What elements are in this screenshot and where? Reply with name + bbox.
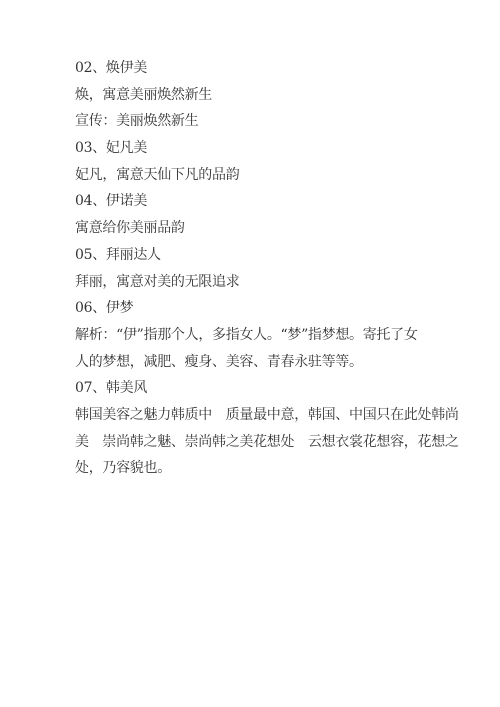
document-page: 02、焕伊美 焕，寓意美丽焕然新生 宣传：美丽焕然新生 03、妃凡美 妃凡，寓意… bbox=[0, 0, 500, 707]
text-line-brand-03-meaning: 妃凡，寓意天仙下凡的品韵 bbox=[75, 162, 430, 189]
text-line-brand-06-analysis-2: 人的梦想，减肥、瘦身、美容、青春永驻等等。 bbox=[75, 349, 430, 376]
text-line-brand-07-title: 07、韩美风 bbox=[75, 375, 430, 402]
text-line-brand-07-desc-1: 韩国美容之魅力韩质中 质量最中意，韩国、中国只在此处韩尚 bbox=[75, 402, 430, 429]
text-line-brand-06-title: 06、伊梦 bbox=[75, 295, 430, 322]
text-line-brand-04-title: 04、伊诺美 bbox=[75, 188, 430, 215]
document-content: 02、焕伊美 焕，寓意美丽焕然新生 宣传：美丽焕然新生 03、妃凡美 妃凡，寓意… bbox=[75, 55, 430, 482]
text-line-brand-05-meaning: 拜丽，寓意对美的无限追求 bbox=[75, 269, 430, 296]
text-line-brand-07-desc-3: 处，乃容貌也。 bbox=[75, 455, 430, 482]
text-line-brand-06-analysis-1: 解析：“伊”指那个人，多指女人。“梦”指梦想。寄托了女 bbox=[75, 322, 430, 349]
text-line-brand-02-slogan: 宣传：美丽焕然新生 bbox=[75, 108, 430, 135]
text-line-brand-02-meaning: 焕，寓意美丽焕然新生 bbox=[75, 82, 430, 109]
text-line-brand-05-title: 05、拜丽达人 bbox=[75, 242, 430, 269]
text-line-brand-04-meaning: 寓意给你美丽品韵 bbox=[75, 215, 430, 242]
text-line-brand-02-title: 02、焕伊美 bbox=[75, 55, 430, 82]
text-line-brand-03-title: 03、妃凡美 bbox=[75, 135, 430, 162]
text-line-brand-07-desc-2: 美 崇尚韩之魅、崇尚韩之美花想处 云想衣裳花想容，花想之 bbox=[75, 429, 430, 456]
